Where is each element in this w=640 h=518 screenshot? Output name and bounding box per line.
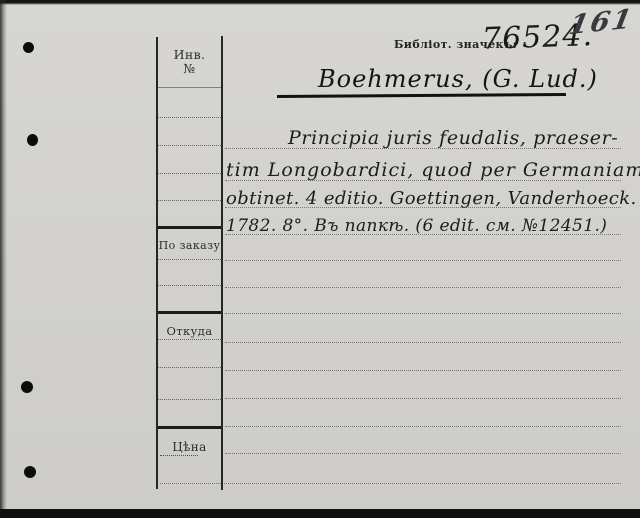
column-ruled-line — [158, 259, 221, 260]
scan-edge-top — [0, 0, 640, 5]
writing-ruled-line — [225, 287, 621, 288]
column-ruled-line — [158, 339, 221, 340]
author-heading-underline — [277, 93, 566, 98]
column-ruled-line — [158, 173, 221, 174]
writing-ruled-line — [225, 426, 621, 427]
writing-ruled-line — [225, 148, 621, 149]
punch-hole — [21, 381, 33, 393]
writing-ruled-line — [225, 453, 621, 454]
writing-ruled-line — [225, 180, 621, 181]
field-label-by-order: По заказу — [157, 239, 222, 252]
column-ruled-line — [158, 200, 221, 201]
field-label-inventory-word: Инв. — [157, 48, 222, 62]
column-ruled-line — [158, 117, 221, 118]
column-rule-left — [156, 37, 158, 489]
writing-ruled-line — [225, 234, 621, 235]
writing-ruled-line — [225, 207, 621, 208]
entry-line: Principia juris feudalis, praeser- — [288, 127, 618, 149]
field-label-inventory-no: № — [157, 62, 222, 76]
column-ruled-line — [158, 226, 221, 229]
punch-hole — [23, 42, 34, 53]
field-label-whence: Откуда — [157, 324, 222, 338]
column-ruled-line — [158, 426, 221, 429]
punch-hole — [27, 134, 38, 146]
column-ruled-line — [160, 455, 198, 456]
author-heading: Boehmerus, (G. Lud.) — [318, 65, 598, 93]
column-ruled-line — [158, 311, 221, 314]
page-number: 161 — [566, 4, 636, 41]
column-ruled-line — [158, 87, 221, 88]
column-ruled-line — [158, 285, 221, 286]
entry-line: tim Longobardici, quod per Germaniam — [226, 159, 640, 181]
entry-line: 1782. 8°. Въ папкѣ. (6 edit. см. №12451.… — [226, 216, 607, 236]
writing-ruled-line — [225, 370, 621, 371]
field-label-inventory: Инв. № — [157, 48, 222, 76]
punch-hole — [24, 466, 36, 478]
field-label-price: Цѣна — [157, 440, 222, 454]
writing-ruled-line — [225, 313, 621, 314]
scan-edge-bottom — [0, 509, 640, 518]
writing-ruled-line — [225, 342, 621, 343]
column-ruled-line — [158, 145, 221, 146]
entry-line: obtinet. 4 editio. Goettingen, Vanderhoe… — [226, 188, 637, 209]
writing-ruled-line — [160, 483, 621, 484]
scanned-catalog-card: Инв. № По заказу Откуда Цѣна Библіот. зн… — [0, 0, 640, 518]
column-ruled-line — [158, 399, 221, 400]
column-ruled-line — [158, 367, 221, 368]
column-rule-right — [221, 36, 223, 490]
writing-ruled-line — [225, 260, 621, 261]
writing-ruled-line — [225, 398, 621, 399]
scan-edge-left — [0, 0, 7, 518]
